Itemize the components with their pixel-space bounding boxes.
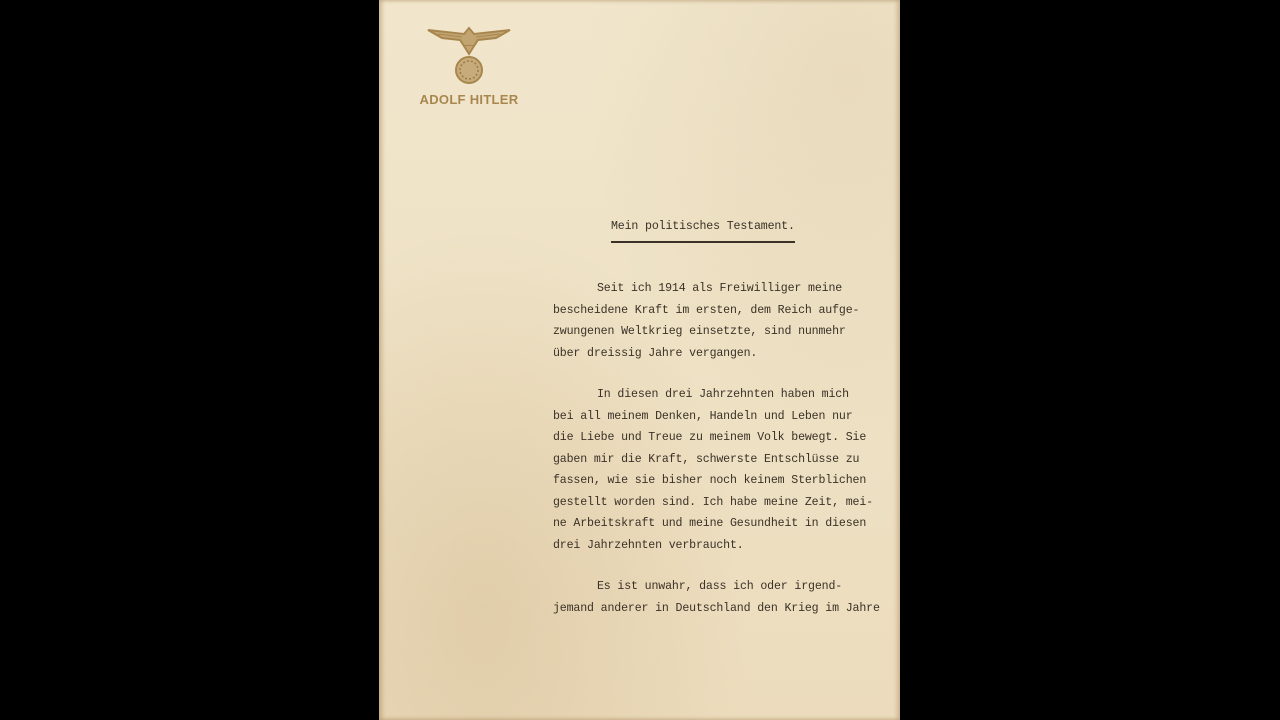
text-line: bescheidene Kraft im ersten, dem Reich a… (553, 300, 893, 322)
paragraph-3: Es ist unwahr, dass ich oder irgend- jem… (553, 576, 893, 619)
eagle-emblem-icon (426, 24, 512, 86)
document-page: ADOLF HITLER Mein politisches Testament.… (379, 0, 900, 720)
text-line: bei all meinem Denken, Handeln und Leben… (553, 406, 893, 428)
text-line: Seit ich 1914 als Freiwilliger meine (553, 278, 893, 300)
text-line: die Liebe und Treue zu meinem Volk beweg… (553, 427, 893, 449)
paragraph-2: In diesen drei Jahrzehnten haben mich be… (553, 384, 893, 556)
text-line: In diesen drei Jahrzehnten haben mich (553, 384, 893, 406)
letterhead-name: ADOLF HITLER (419, 92, 519, 107)
text-line: gaben mir die Kraft, schwerste Entschlüs… (553, 449, 893, 471)
text-line: Es ist unwahr, dass ich oder irgend- (553, 576, 893, 598)
text-line: fassen, wie sie bisher noch keinem Sterb… (553, 470, 893, 492)
text-line: drei Jahrzehnten verbraucht. (553, 535, 893, 557)
text-line: über dreissig Jahre vergangen. (553, 343, 893, 365)
letterhead: ADOLF HITLER (419, 24, 519, 107)
text-line: ne Arbeitskraft und meine Gesundheit in … (553, 513, 893, 535)
document-title: Mein politisches Testament. (611, 216, 795, 243)
paragraph-1: Seit ich 1914 als Freiwilliger meine bes… (553, 278, 893, 364)
text-line: gestellt worden sind. Ich habe meine Zei… (553, 492, 893, 514)
text-line: zwungenen Weltkrieg einsetzte, sind nunm… (553, 321, 893, 343)
text-line: jemand anderer in Deutschland den Krieg … (553, 598, 893, 620)
